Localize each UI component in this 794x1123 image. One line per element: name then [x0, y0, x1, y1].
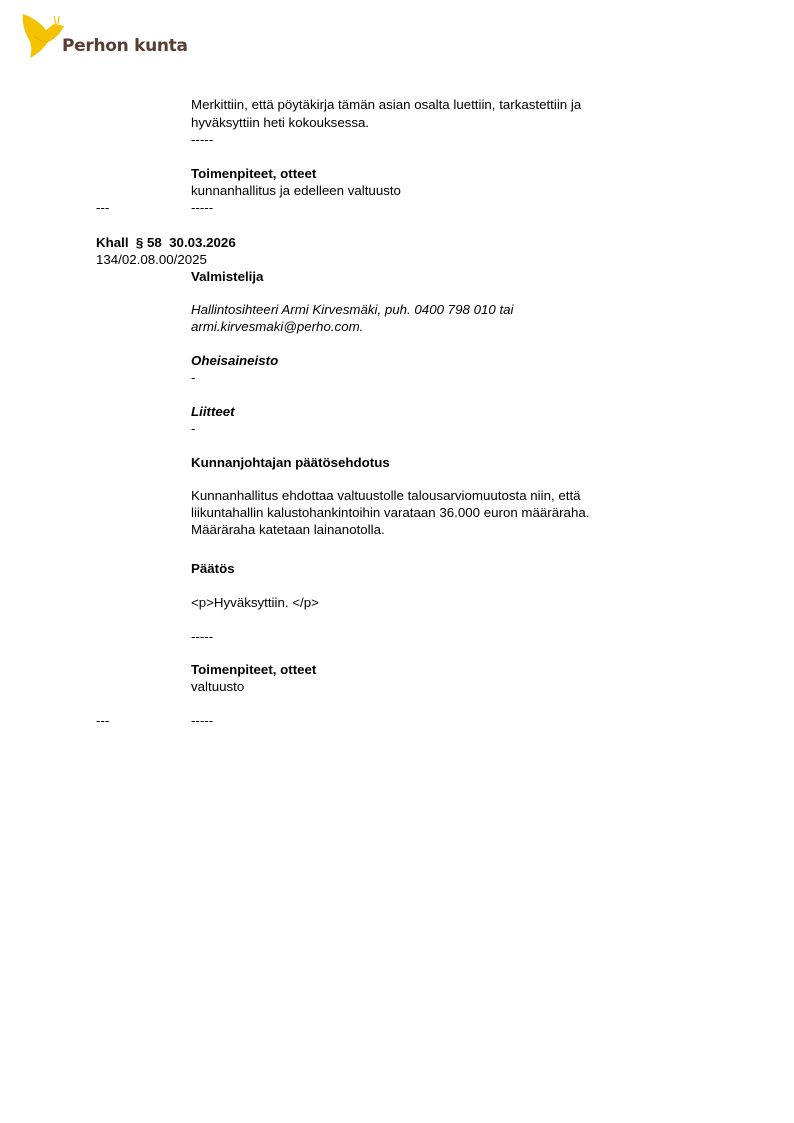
proposal-heading: Kunnanjohtajan päätösehdotus: [191, 454, 390, 471]
separator: -----: [191, 131, 213, 148]
end-marker-right: -----: [191, 199, 213, 216]
actions-value: valtuusto: [191, 678, 244, 695]
supplementary-value: -: [191, 369, 195, 386]
minutes-note-line2: hyväksyttiin heti kokouksessa.: [191, 114, 369, 131]
separator: -----: [191, 628, 213, 645]
end-marker-left: ---: [96, 199, 109, 216]
preparer-line1: Hallintosihteeri Armi Kirvesmäki, puh. 0…: [191, 301, 514, 318]
item-dnro: 134/02.08.00/2025: [96, 251, 207, 268]
attachments-value: -: [191, 420, 195, 437]
municipality-logo: Perhon kunta: [20, 12, 72, 60]
decision-heading: Päätös: [191, 560, 235, 577]
actions-heading: Toimenpiteet, otteet: [191, 165, 316, 182]
logo-text: Perhon kunta: [62, 38, 188, 55]
attachments-heading: Liitteet: [191, 403, 235, 420]
proposal-line2: liikuntahallin kalustohankintoihin varat…: [191, 504, 589, 521]
supplementary-heading: Oheisaineisto: [191, 352, 278, 369]
decision-value: <p>Hyväksyttiin. </p>: [191, 594, 319, 611]
actions-heading: Toimenpiteet, otteet: [191, 661, 316, 678]
preparer-heading: Valmistelija: [191, 268, 263, 285]
proposal-line3: Määräraha katetaan lainanotolla.: [191, 521, 385, 538]
preparer-email[interactable]: armi.kirvesmaki@perho.com.: [191, 318, 363, 335]
end-marker-right: -----: [191, 712, 213, 729]
item-header: Khall § 58 30.03.2026: [96, 234, 236, 251]
actions-value: kunnanhallitus ja edelleen valtuusto: [191, 182, 401, 199]
minutes-note-line1: Merkittiin, että pöytäkirja tämän asian …: [191, 96, 581, 113]
proposal-line1: Kunnanhallitus ehdottaa valtuustolle tal…: [191, 487, 581, 504]
end-marker-left: ---: [96, 712, 109, 729]
